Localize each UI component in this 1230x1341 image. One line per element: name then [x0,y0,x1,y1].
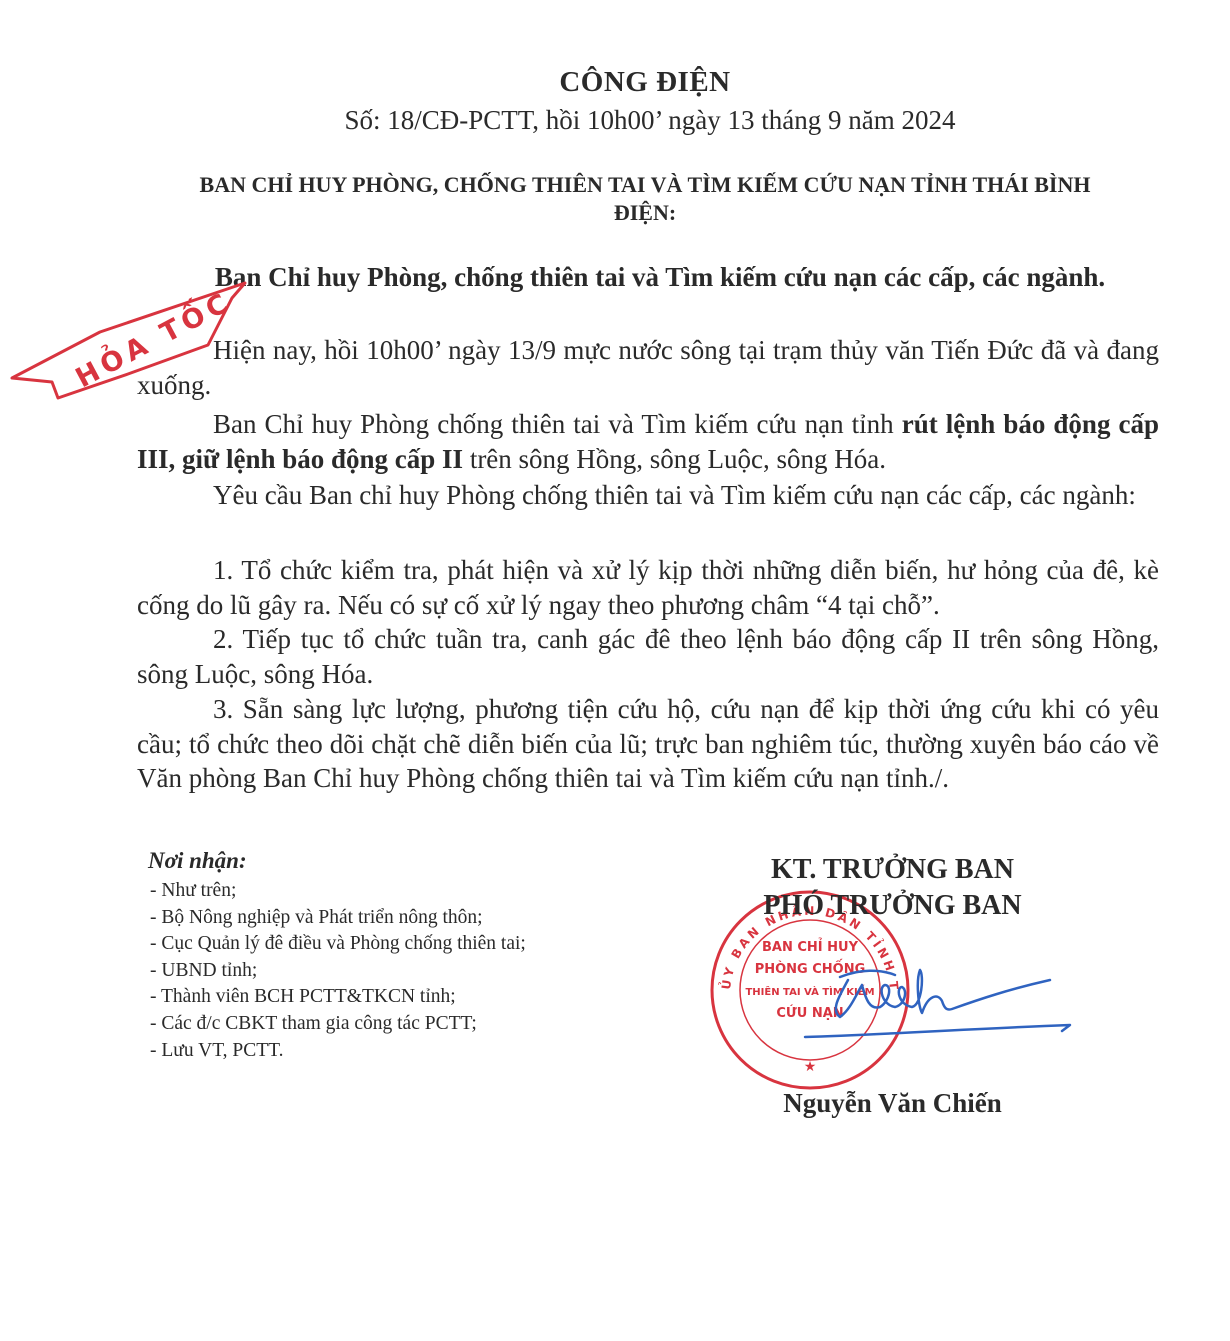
recipient-item: - Bộ Nông nghiệp và Phát triển nông thôn… [150,905,526,932]
document-number: Số: 18/CĐ-PCTT, hồi 10h00’ ngày 13 tháng… [0,105,1230,136]
signer-name: Nguyễn Văn Chiến [700,1088,1085,1119]
recipients-title: Nơi nhận: [148,848,247,874]
document-title: CÔNG ĐIỆN [0,66,1230,99]
recipients-list: - Như trên; - Bộ Nông nghiệp và Phát tri… [150,878,526,1064]
recipient-item: - Cục Quản lý đê điều và Phòng chống thi… [150,931,526,958]
item-2: 2. Tiếp tục tổ chức tuần tra, canh gác đ… [137,622,1159,691]
signature-title-line2: PHÓ TRƯỞNG BAN [700,888,1085,924]
paragraph-request: Yêu cầu Ban chỉ huy Phòng chống thiên ta… [137,478,1159,513]
signature-title: KT. TRƯỞNG BAN PHÓ TRƯỞNG BAN [700,852,1085,924]
text-span: Ban Chỉ huy Phòng chống thiên tai và Tìm… [213,409,902,439]
text-span: trên sông Hồng, sông Luộc, sông Hóa. [463,444,886,474]
paragraph-alert-level: Ban Chỉ huy Phòng chống thiên tai và Tìm… [137,407,1159,476]
seal-line: BAN CHỈ HUY [762,938,859,955]
urgent-stamp-icon: HỎA TỐC [0,270,270,400]
recipient-item: - UBND tỉnh; [150,958,526,985]
handwritten-signature-icon [800,955,1090,1065]
recipient-item: - Lưu VT, PCTT. [150,1038,526,1065]
recipient-item: - Thành viên BCH PCTT&TKCN tỉnh; [150,984,526,1011]
recipient-item: - Các đ/c CBKT tham gia công tác PCTT; [150,1011,526,1038]
item-3: 3. Sẵn sàng lực lượng, phương tiện cứu h… [137,692,1159,796]
issuer: BAN CHỈ HUY PHÒNG, CHỐNG THIÊN TAI VÀ TÌ… [140,172,1150,198]
paragraph-current-status: Hiện nay, hồi 10h00’ ngày 13/9 mực nước … [137,333,1159,402]
recipient: Ban Chỉ huy Phòng, chống thiên tai và Tì… [160,262,1160,293]
item-1: 1. Tổ chức kiểm tra, phát hiện và xử lý … [137,553,1159,622]
signature-title-line1: KT. TRƯỞNG BAN [700,852,1085,888]
recipient-item: - Như trên; [150,878,526,905]
issuer-suffix: ĐIỆN: [140,200,1150,226]
